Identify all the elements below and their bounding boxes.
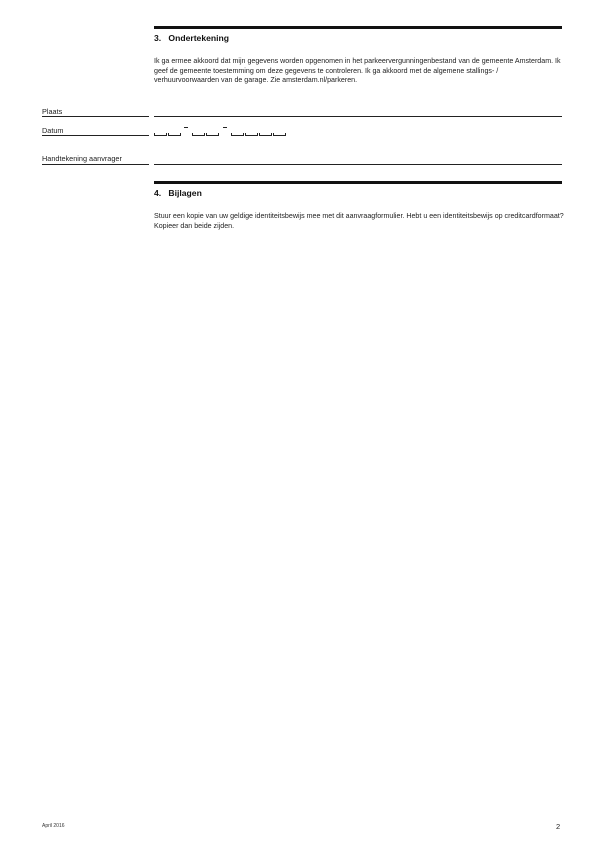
place-label-underline [42, 116, 149, 117]
footer-date: April 2016 [42, 823, 65, 829]
date-day-digit-1[interactable] [154, 133, 167, 136]
date-label-underline [42, 135, 149, 136]
section-3-body: Ik ga ermee akkoord dat mijn gegevens wo… [154, 57, 564, 86]
section-3-number: 3. [154, 33, 166, 43]
section-4-title: Bijlagen [168, 188, 201, 198]
signature-label-underline [42, 164, 149, 165]
page-number: 2 [556, 822, 560, 831]
date-day-digit-2[interactable] [168, 133, 181, 136]
section-4-number: 4. [154, 188, 166, 198]
date-year-digit-3[interactable] [259, 133, 272, 136]
signature-input-line[interactable] [154, 164, 562, 165]
date-year-digit-2[interactable] [245, 133, 258, 136]
date-year-digit-1[interactable] [231, 133, 244, 136]
section-3-divider [154, 26, 562, 29]
date-separator-1 [184, 127, 188, 128]
section-3-heading: 3. Ondertekening [154, 33, 229, 43]
date-year-digit-4[interactable] [273, 133, 286, 136]
place-label: Plaats [42, 107, 62, 116]
section-4-body: Stuur een kopie van uw geldige identitei… [154, 212, 564, 231]
date-label: Datum [42, 126, 64, 135]
section-3-title: Ondertekening [168, 33, 229, 43]
signature-label: Handtekening aanvrager [42, 154, 122, 163]
section-4-heading: 4. Bijlagen [154, 188, 202, 198]
date-separator-2 [223, 127, 227, 128]
place-input-line[interactable] [154, 116, 562, 117]
date-month-digit-1[interactable] [192, 133, 205, 136]
date-month-digit-2[interactable] [206, 133, 219, 136]
section-4-divider [154, 181, 562, 184]
